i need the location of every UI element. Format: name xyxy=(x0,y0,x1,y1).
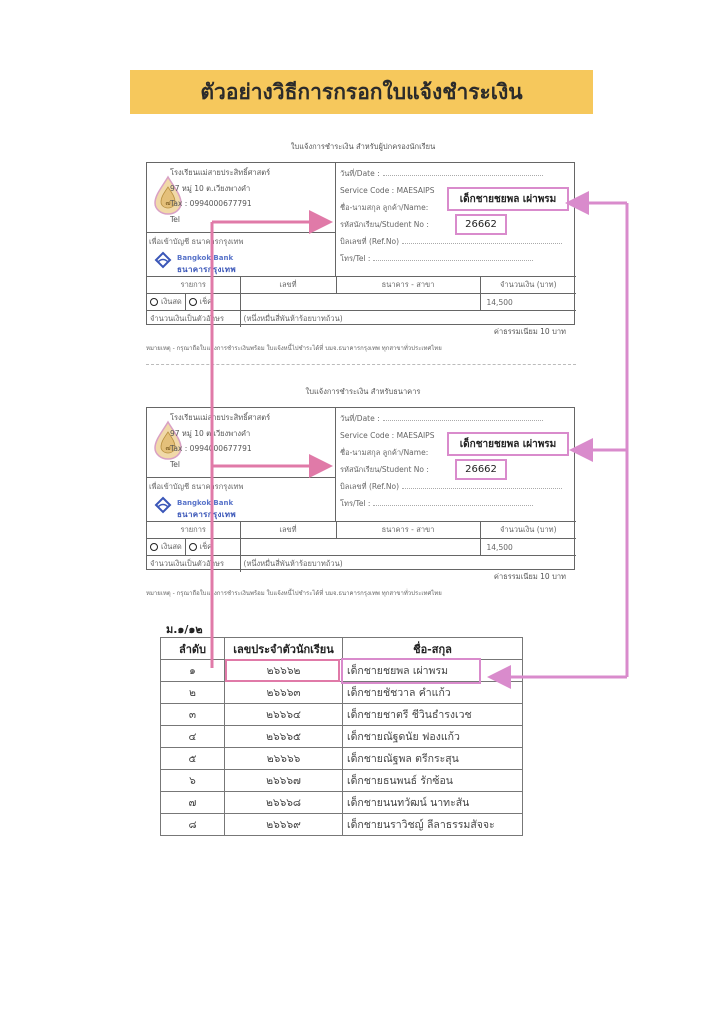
words-value: (หนึ่งหมื่นสี่พันห้าร้อยบาทถ้วน) xyxy=(240,556,576,573)
row-student-id: ๒๖๖๖๘ xyxy=(225,792,343,814)
row-order: ๔ xyxy=(161,726,225,748)
bangkok-bank-logo-icon xyxy=(154,251,172,269)
header-amount: จำนวนเงิน (บาท) xyxy=(480,522,576,539)
number-bank-cell[interactable] xyxy=(240,294,480,311)
title-banner: ตัวอย่างวิธีการกรอกใบแจ้งชำระเงิน xyxy=(130,70,593,114)
school-name: โรงเรียนแม่สายประสิทธิ์ศาสตร์ xyxy=(170,412,270,424)
cheque-option[interactable]: เช็ค xyxy=(185,294,240,311)
header-bank-branch: ธนาคาร - สาขา xyxy=(336,277,480,294)
row-fullname: เด็กชายนราวิชญ์ ลีลาธรรมสัจจะ xyxy=(343,814,523,836)
table-row: ๕๒๖๖๖๖เด็กชายณัฐพล ตรีกระสุน xyxy=(161,748,523,770)
ref-no-field[interactable]: บิลเลขที่ (Ref.No) xyxy=(340,480,570,493)
row-student-id: ๒๖๖๖๔ xyxy=(225,704,343,726)
bank-name-en: Bangkok Bank xyxy=(177,499,233,507)
row-fullname: เด็กชายชัชวาล คำแก้ว xyxy=(343,682,523,704)
school-name: โรงเรียนแม่สายประสิทธิ์ศาสตร์ xyxy=(170,167,270,179)
fee-text: ค่าธรรมเนียม 10 บาท xyxy=(494,326,566,338)
table-row: ๔๒๖๖๖๕เด็กชายณัฐดนัย ฟองแก้ว xyxy=(161,726,523,748)
school-tel: Tel xyxy=(170,215,180,224)
bangkok-bank-logo-icon xyxy=(154,496,172,514)
header-fullname: ชื่อ-สกุล xyxy=(343,638,523,660)
row-student-id: ๒๖๖๖๓ xyxy=(225,682,343,704)
header-order: ลำดับ xyxy=(161,638,225,660)
row-fullname: เด็กชายณัฐพล ตรีกระสุน xyxy=(343,748,523,770)
cut-line xyxy=(146,364,576,365)
cash-radio[interactable] xyxy=(150,298,158,306)
row-order: ๖ xyxy=(161,770,225,792)
table-row: ๖๒๖๖๖๗เด็กชายธนพนธ์ รักซ้อน xyxy=(161,770,523,792)
table-row: ๓๒๖๖๖๔เด็กชายชาตรี ชีวินธำรงเวช xyxy=(161,704,523,726)
page-title: ตัวอย่างวิธีการกรอกใบแจ้งชำระเงิน xyxy=(200,76,522,109)
row-order: ๓ xyxy=(161,704,225,726)
row-fullname: เด็กชายณัฐดนัย ฟองแก้ว xyxy=(343,726,523,748)
highlight-id-cell xyxy=(225,659,340,682)
highlight-name-box: เด็กชายชยพล เผ่าพรม xyxy=(447,432,569,456)
bank-name-en: Bangkok Bank xyxy=(177,254,233,262)
header-number: เลขที่ xyxy=(240,522,336,539)
row-fullname: เด็กชายชาตรี ชีวินธำรงเวช xyxy=(343,704,523,726)
row-order: ๗ xyxy=(161,792,225,814)
school-info: ๗ โรงเรียนแม่สายประสิทธิ์ศาสตร์ 97 หมู่ … xyxy=(147,408,336,478)
form-subtitle: ใบแจ้งการชำระเงิน สำหรับธนาคาร xyxy=(0,386,726,398)
cash-option[interactable]: เงินสด xyxy=(147,539,185,556)
amount-value: 14,500 xyxy=(480,294,576,311)
header-student-id: เลขประจำตัวนักเรียน xyxy=(225,638,343,660)
header-bank-branch: ธนาคาร - สาขา xyxy=(336,522,480,539)
highlight-name-box: เด็กชายชยพล เผ่าพรม xyxy=(447,187,569,211)
amount-value: 14,500 xyxy=(480,539,576,556)
tel-field[interactable]: โทร/Tel : xyxy=(340,252,570,265)
row-student-id: ๒๖๖๖๕ xyxy=(225,726,343,748)
school-tax: Tax : 0994000677791 xyxy=(170,444,252,453)
tel-field[interactable]: โทร/Tel : xyxy=(340,497,570,510)
school-info: ๗ โรงเรียนแม่สายประสิทธิ์ศาสตร์ 97 หมู่ … xyxy=(147,163,336,233)
row-student-id: ๒๖๖๖๖ xyxy=(225,748,343,770)
bank-name-th: ธนาคารกรุงเทพ xyxy=(177,263,236,276)
header-item: รายการ xyxy=(147,522,240,539)
payment-table: รายการ เลขที่ ธนาคาร - สาขา จำนวนเงิน (บ… xyxy=(147,521,576,572)
cash-radio[interactable] xyxy=(150,543,158,551)
row-order: ๕ xyxy=(161,748,225,770)
date-field[interactable]: วันที่/Date : xyxy=(340,167,570,180)
ref-no-field[interactable]: บิลเลขที่ (Ref.No) xyxy=(340,235,570,248)
form-subtitle: ใบแจ้งการชำระเงิน สำหรับผู้ปกครองนักเรีย… xyxy=(0,141,726,153)
row-fullname: เด็กชายธนพนธ์ รักซ้อน xyxy=(343,770,523,792)
cheque-radio[interactable] xyxy=(189,543,197,551)
school-tax: Tax : 0994000677791 xyxy=(170,199,252,208)
table-row: ๒๒๖๖๖๓เด็กชายชัชวาล คำแก้ว xyxy=(161,682,523,704)
note-text: หมายเหตุ - กรุณาถือใบแจ้งการชำระเงินพร้อ… xyxy=(146,343,442,353)
school-logo-icon: ๗ xyxy=(153,175,183,215)
school-tel: Tel xyxy=(170,460,180,469)
highlight-name-cell xyxy=(341,658,481,684)
school-address: 97 หมู่ 10 ต.เวียงพางคำ xyxy=(170,428,250,440)
header-item: รายการ xyxy=(147,277,240,294)
words-value: (หนึ่งหมื่นสี่พันห้าร้อยบาทถ้วน) xyxy=(240,311,576,328)
fee-text: ค่าธรรมเนียม 10 บาท xyxy=(494,571,566,583)
bank-name-th: ธนาคารกรุงเทพ xyxy=(177,508,236,521)
row-student-id: ๒๖๖๖๗ xyxy=(225,770,343,792)
date-field[interactable]: วันที่/Date : xyxy=(340,412,570,425)
table-row: ๘๒๖๖๖๙เด็กชายนราวิชญ์ ลีลาธรรมสัจจะ xyxy=(161,814,523,836)
cash-option[interactable]: เงินสด xyxy=(147,294,185,311)
school-logo-icon: ๗ xyxy=(153,420,183,460)
words-label: จำนวนเงินเป็นตัวอักษร xyxy=(147,311,240,328)
cheque-radio[interactable] xyxy=(189,298,197,306)
bank-account: เพื่อเข้าบัญชี ธนาคารกรุงเทพ Bangkok Ban… xyxy=(147,233,336,276)
payment-table: รายการ เลขที่ ธนาคาร - สาขา จำนวนเงิน (บ… xyxy=(147,276,576,327)
highlight-student-no-box: 26662 xyxy=(455,459,507,480)
cheque-option[interactable]: เช็ค xyxy=(185,539,240,556)
header-number: เลขที่ xyxy=(240,277,336,294)
row-order: ๑ xyxy=(161,660,225,682)
header-amount: จำนวนเงิน (บาท) xyxy=(480,277,576,294)
account-label: เพื่อเข้าบัญชี ธนาคารกรุงเทพ xyxy=(149,236,243,248)
table-row: ๗๒๖๖๖๘เด็กชายนนทวัฒน์ นาทะสัน xyxy=(161,792,523,814)
row-order: ๘ xyxy=(161,814,225,836)
class-title: ม.๑/๑๒ xyxy=(166,620,203,638)
highlight-student-no-box: 26662 xyxy=(455,214,507,235)
note-text: หมายเหตุ - กรุณาถือใบแจ้งการชำระเงินพร้อ… xyxy=(146,588,442,598)
words-label: จำนวนเงินเป็นตัวอักษร xyxy=(147,556,240,573)
row-student-id: ๒๖๖๖๙ xyxy=(225,814,343,836)
school-address: 97 หมู่ 10 ต.เวียงพางคำ xyxy=(170,183,250,195)
row-order: ๒ xyxy=(161,682,225,704)
number-bank-cell[interactable] xyxy=(240,539,480,556)
row-fullname: เด็กชายนนทวัฒน์ นาทะสัน xyxy=(343,792,523,814)
account-label: เพื่อเข้าบัญชี ธนาคารกรุงเทพ xyxy=(149,481,243,493)
bank-account: เพื่อเข้าบัญชี ธนาคารกรุงเทพ Bangkok Ban… xyxy=(147,478,336,521)
